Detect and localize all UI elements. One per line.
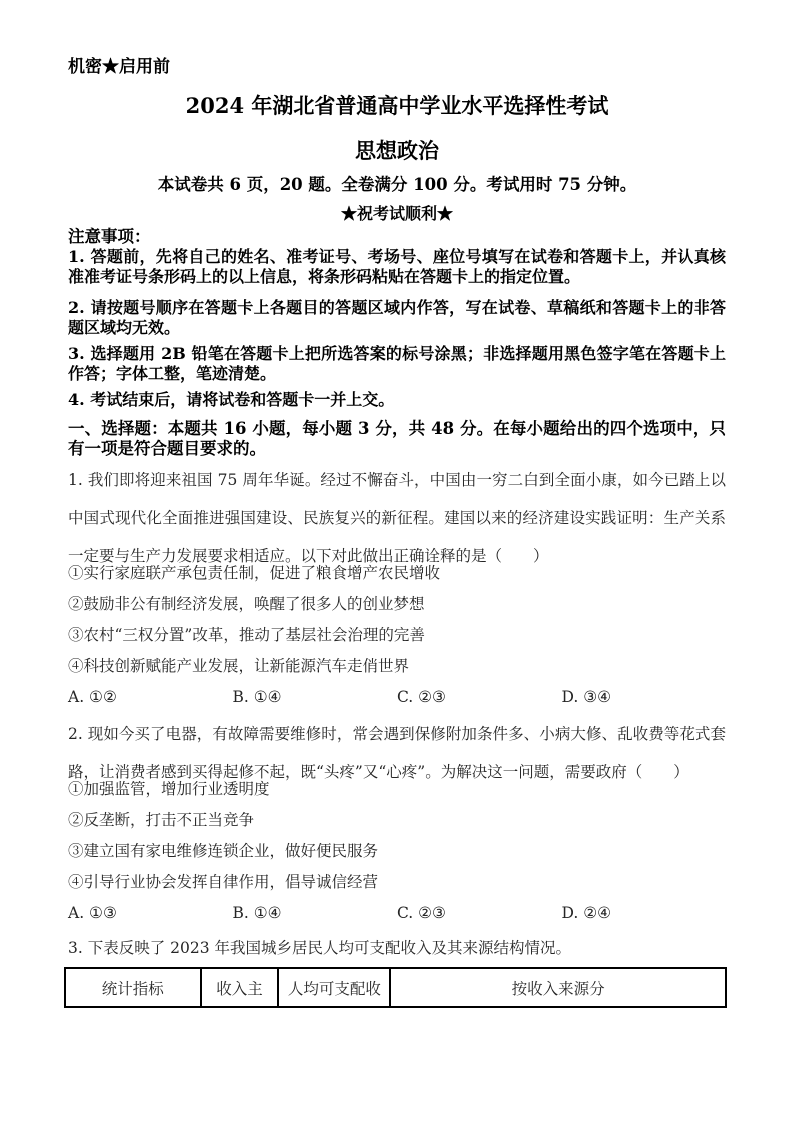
table-header-statistic-indicator: 统计指标 (65, 968, 201, 1007)
question-1-options: ①实行家庭联产承包责任制，促进了粮食增产农民增收 ②鼓励非公有制经济发展，唤醒了… (68, 558, 726, 682)
notice-item-3: 3. 选择题用 2B 铅笔在答题卡上把所选答案的标号涂黑；非选择题用黑色签字笔在… (68, 344, 726, 384)
confidential-label: 机密★启用前 (68, 56, 726, 78)
question-1-choice-b: B. ①④ (233, 682, 398, 713)
exam-title: 2024 年湖北省普通高中学业水平选择性考试 (68, 92, 726, 120)
table-header-income-subject: 收入主 (201, 968, 279, 1007)
table-header-row: 统计指标 收入主 人均可支配收 按收入来源分 (65, 968, 726, 1007)
paper-info: 本试卷共 6 页，20 题。全卷满分 100 分。考试用时 75 分钟。 (68, 174, 726, 196)
question-2-option-4: ④引导行业协会发挥自律作用，倡导诚信经营 (68, 867, 726, 898)
question-2-choices: A. ①③ B. ①④ C. ②③ D. ②④ (68, 898, 726, 929)
income-source-table: 统计指标 收入主 人均可支配收 按收入来源分 (64, 967, 727, 1008)
notice-item-2: 2. 请按题号顺序在答题卡上各题目的答题区域内作答，写在试卷、草稿纸和答题卡上的… (68, 298, 726, 338)
question-2-option-3: ③建立国有家电维修连锁企业，做好便民服务 (68, 836, 726, 867)
question-2-choice-a: A. ①③ (68, 898, 233, 929)
question-2-option-2: ②反垄断，打击不正当竞争 (68, 805, 726, 836)
notice-heading: 注意事项： (68, 226, 726, 247)
subject-title: 思想政治 (68, 137, 726, 165)
question-2-choice-d: D. ②④ (562, 898, 727, 929)
question-3-stem: 3. 下表反映了 2023 年我国城乡居民人均可支配收入及其来源结构情况。 (68, 931, 726, 965)
question-2-choice-c: C. ②③ (397, 898, 562, 929)
notice-item-1: 1. 答题前，先将自己的姓名、准考证号、考场号、座位号填写在试卷和答题卡上，并认… (68, 247, 726, 287)
question-1-choice-c: C. ②③ (397, 682, 562, 713)
question-1: 1. 我们即将迎来祖国 75 周年华诞。经过不懈奋斗，中国由一穷二白到全面小康，… (68, 461, 726, 713)
question-3: 3. 下表反映了 2023 年我国城乡居民人均可支配收入及其来源结构情况。 统计… (68, 931, 726, 1008)
exam-wish: ★祝考试顺利★ (68, 203, 726, 224)
question-2-choice-b: B. ①④ (233, 898, 398, 929)
notice-item-4: 4. 考试结束后，请将试卷和答题卡一并上交。 (68, 390, 726, 410)
section-heading: 一、选择题：本题共 16 小题，每小题 3 分，共 48 分。在每小题给出的四个… (68, 419, 726, 459)
question-1-option-2: ②鼓励非公有制经济发展，唤醒了很多人的创业梦想 (68, 589, 726, 620)
question-1-choices: A. ①② B. ①④ C. ②③ D. ③④ (68, 682, 726, 713)
question-1-option-3: ③农村“三权分置”改革，推动了基层社会治理的完善 (68, 620, 726, 651)
question-2: 2. 现如今买了电器，有故障需要维修时，常会遇到保修附加条件多、小病大修、乱收费… (68, 715, 726, 929)
exam-paper: 机密★启用前 2024 年湖北省普通高中学业水平选择性考试 思想政治 本试卷共 … (0, 0, 793, 1122)
question-1-choice-a: A. ①② (68, 682, 233, 713)
question-1-option-4: ④科技创新赋能产业发展，让新能源汽车走俏世界 (68, 651, 726, 682)
question-1-option-1: ①实行家庭联产承包责任制，促进了粮食增产农民增收 (68, 558, 726, 589)
table-header-disposable-income: 人均可支配收 (278, 968, 390, 1007)
question-1-choice-d: D. ③④ (562, 682, 727, 713)
table-header-by-income-source: 按收入来源分 (390, 968, 726, 1007)
question-2-options: ①加强监管，增加行业透明度 ②反垄断，打击不正当竞争 ③建立国有家电维修连锁企业… (68, 774, 726, 898)
